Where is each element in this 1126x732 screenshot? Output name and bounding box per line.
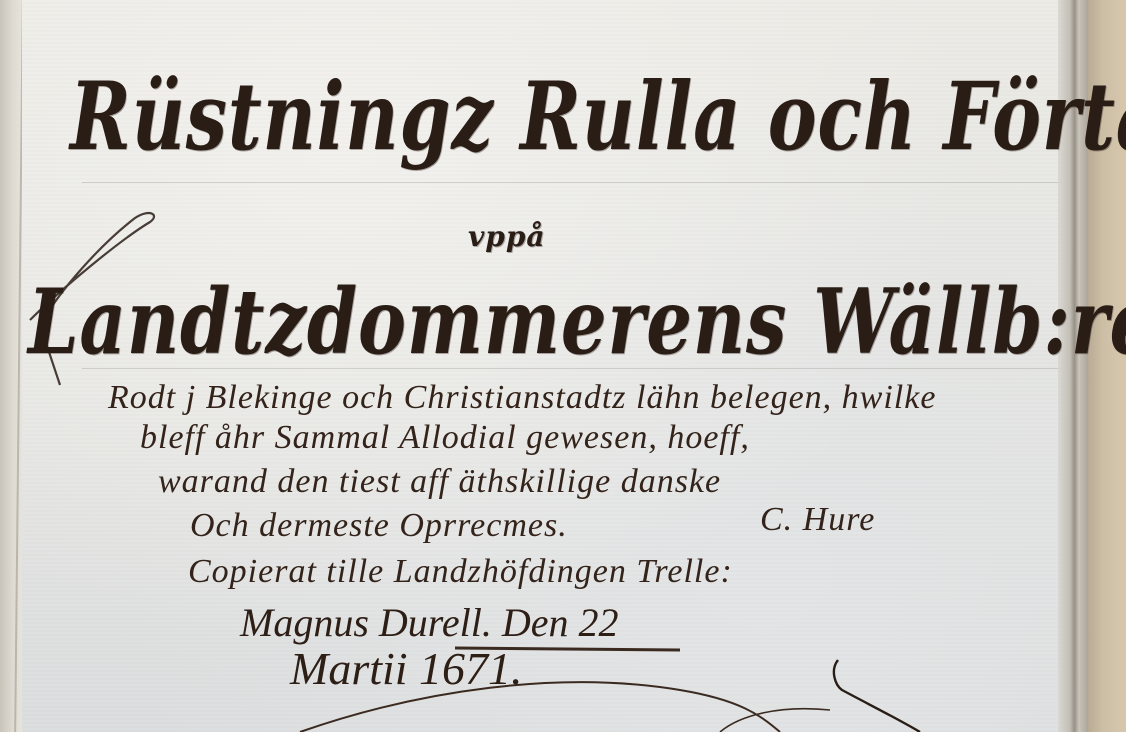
annotation-right: C. Hure <box>760 500 875 540</box>
body-line-4: Och dermeste Oprrecmes. <box>190 506 568 546</box>
title-line-3: Landtzdommerens Wällb:re h:r Nicolaj Sku… <box>28 262 1126 382</box>
title-line-1: Rüstningz Rulla och Förtächningh <box>70 52 1126 182</box>
manuscript-photo: Rüstningz Rulla och Förtächningh vppå La… <box>0 0 1126 732</box>
body-line-3: warand den tiest aff äthskillige danske <box>158 462 721 502</box>
body-line-5: Copierat tille Landzhöfdingen Trelle: <box>188 552 733 592</box>
title-line-2: vppå <box>468 220 546 254</box>
date-line: Martii 1671. <box>290 646 523 692</box>
ruled-line <box>82 182 1062 183</box>
signature: Magnus Durell. Den 22 <box>240 600 618 646</box>
body-line-1: Rodt j Blekinge och Christianstadtz lähn… <box>108 378 936 418</box>
body-line-2: bleff åhr Sammal Allodial gewesen, hoeff… <box>140 418 750 458</box>
